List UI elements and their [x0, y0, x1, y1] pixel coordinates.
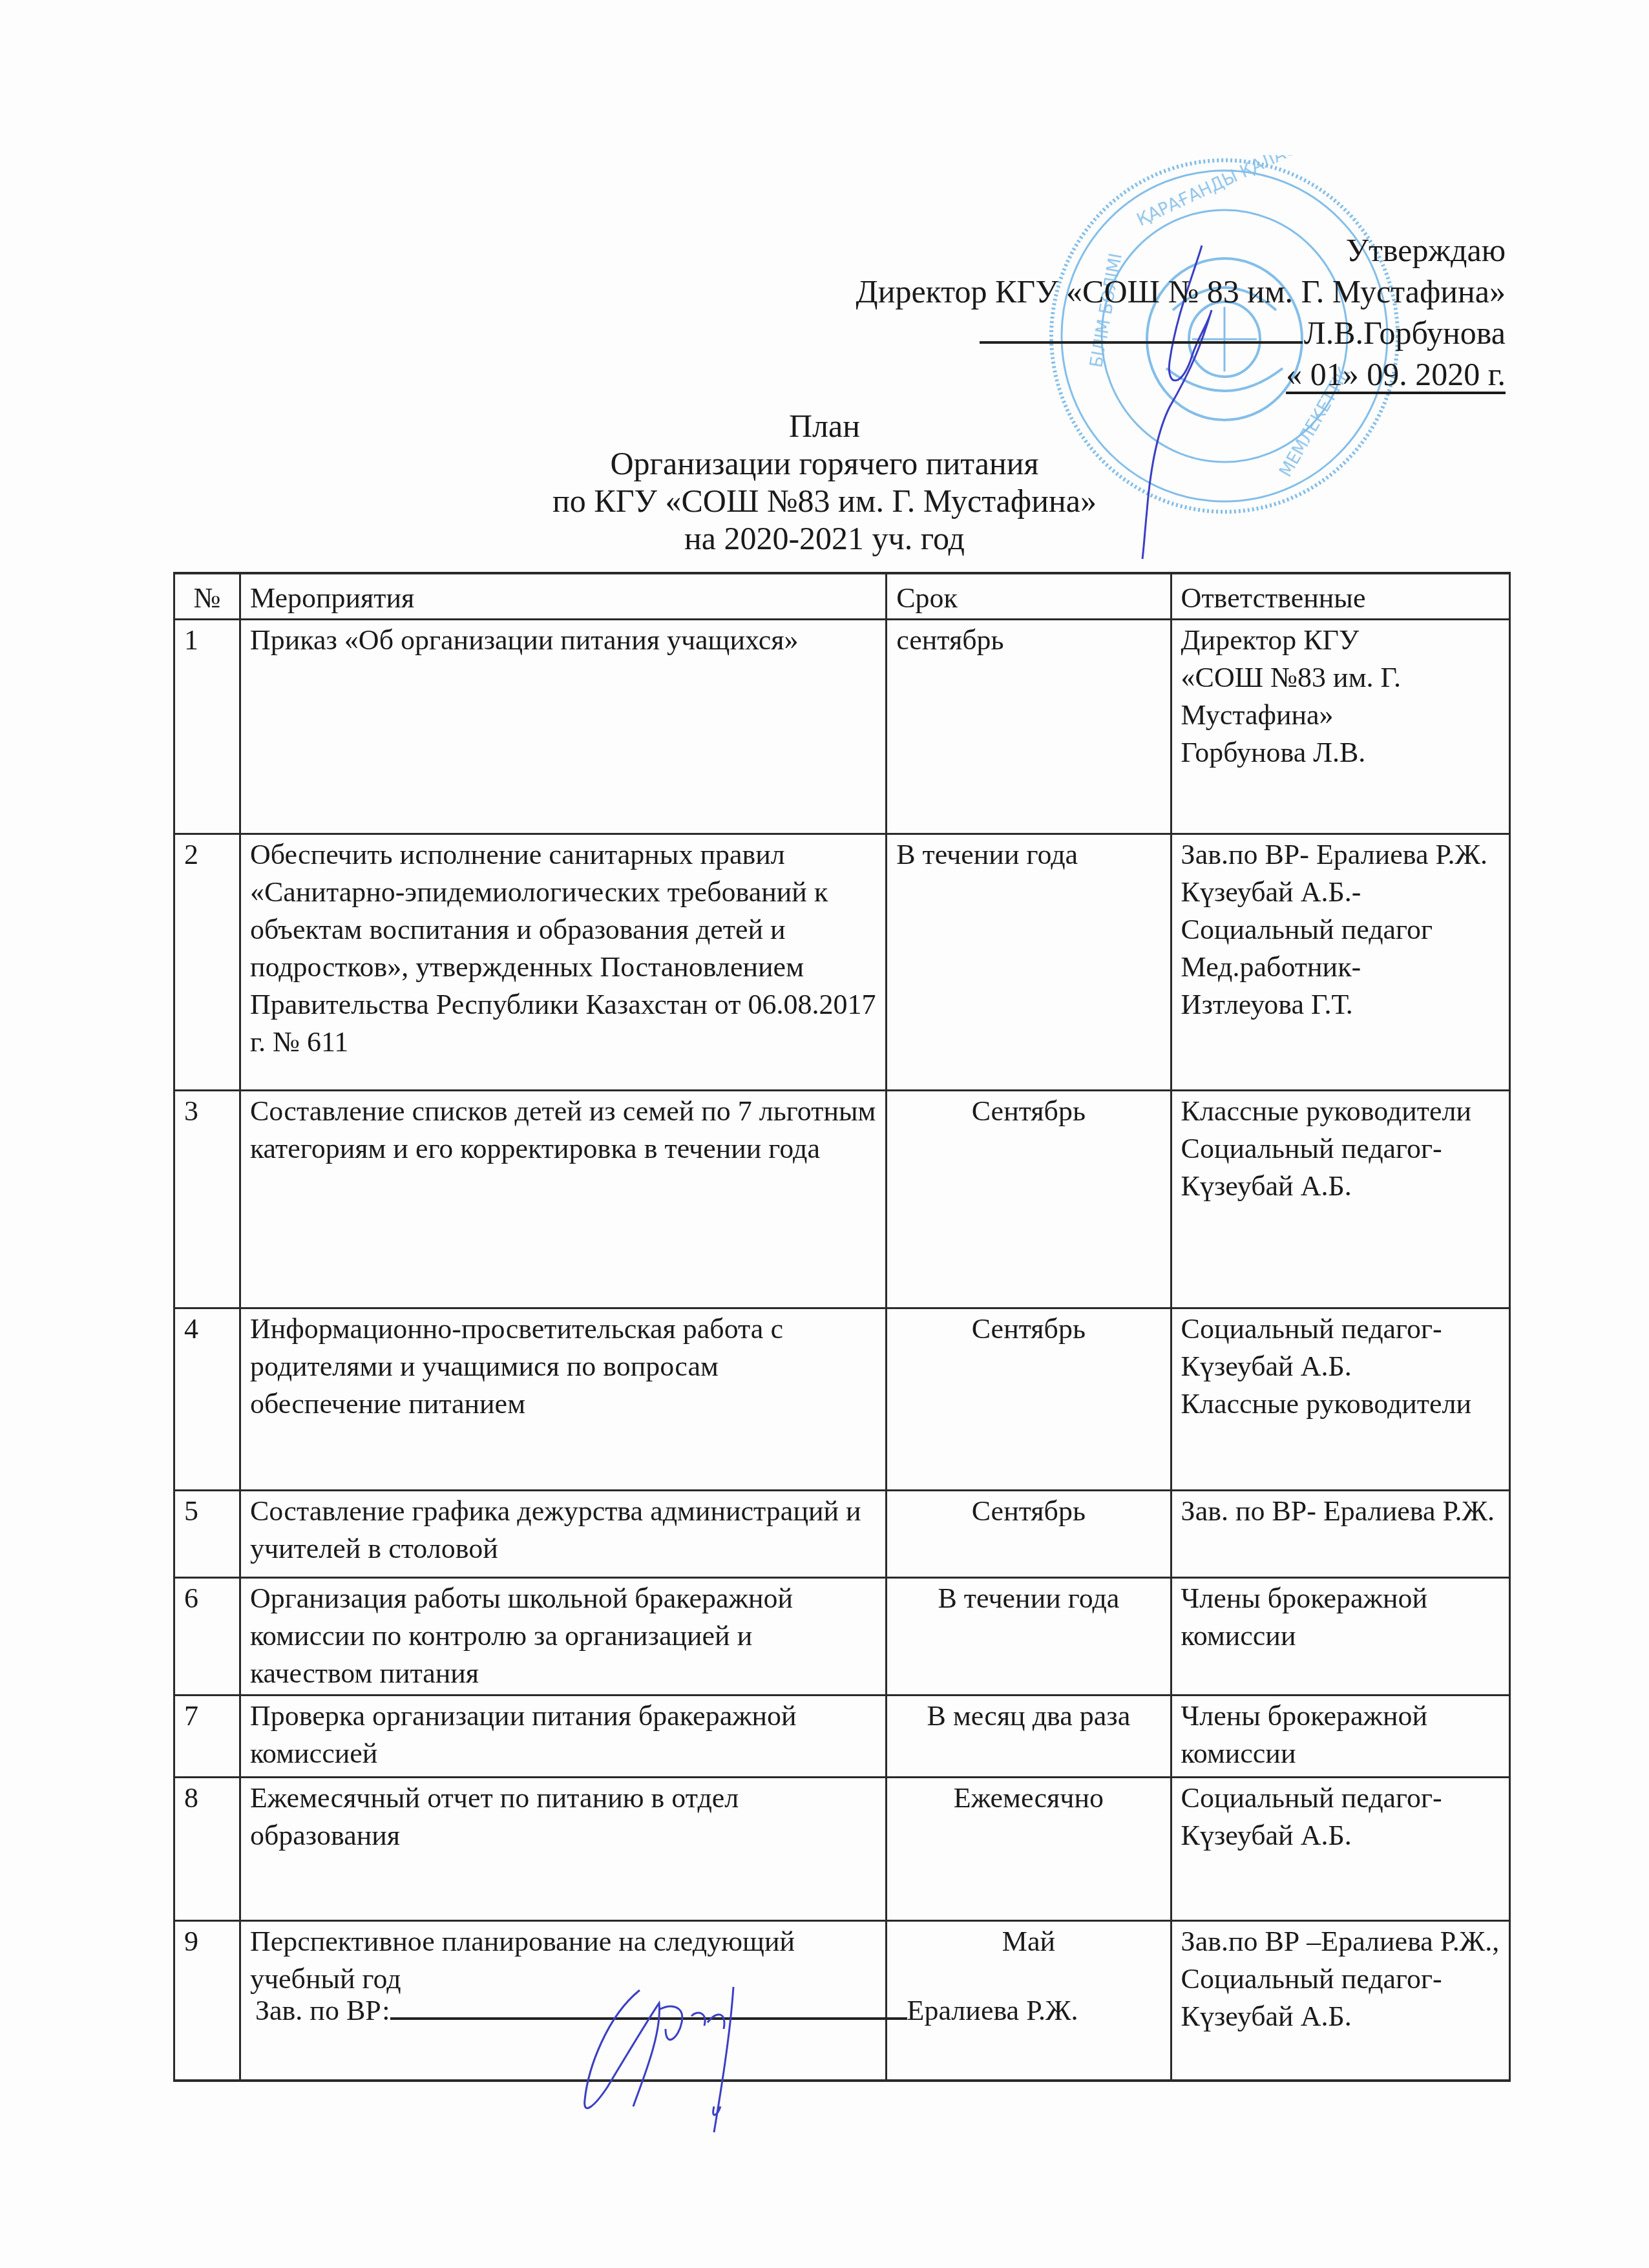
table-row: 1Приказ «Об организации питания учащихся… [174, 620, 1510, 834]
row-number: 3 [174, 1091, 240, 1308]
responsible-line: Зав. по ВР- Ералиева Р.Ж. [1181, 1493, 1500, 1530]
title-line-4: на 2020-2021 уч. год [0, 520, 1649, 557]
table-row: 7Проверка организации питания бракеражно… [174, 1696, 1510, 1778]
approval-position: Директор КГУ «СОШ № 83 им. Г. Мустафина» [856, 271, 1506, 312]
row-event: Приказ «Об организации питания учащихся» [240, 620, 886, 834]
row-event: Составление графика дежурства администра… [240, 1491, 886, 1578]
row-event: Составление списков детей из семей по 7 … [240, 1091, 886, 1308]
row-term: В течении года [887, 1578, 1171, 1696]
row-number: 5 [174, 1491, 240, 1578]
row-event: Проверка организации питания бракеражной… [240, 1696, 886, 1778]
table-row: 6Организация работы школьной бракеражной… [174, 1578, 1510, 1696]
title-line-3: по КГУ «СОШ №83 им. Г. Мустафина» [0, 482, 1649, 520]
responsible-line: Члены брокеражной комиссии [1181, 1697, 1500, 1772]
row-number: 2 [174, 834, 240, 1091]
table-row: 8Ежемесячный отчет по питанию в отдел об… [174, 1778, 1510, 1921]
row-event: Информационно-просветительская работа с … [240, 1308, 886, 1491]
row-event: Обеспечить исполнение санитарных правил … [240, 834, 886, 1091]
row-event: Ежемесячный отчет по питанию в отдел обр… [240, 1778, 886, 1921]
header-responsible: Ответственные [1171, 573, 1509, 620]
responsible-line: Зав.по ВР- Ералиева Р.Ж. [1181, 836, 1500, 874]
responsible-line: Зав.по ВР –Ералиева Р.Ж., Социальный пед… [1181, 1923, 1500, 2035]
responsible-line: Горбунова Л.В. [1181, 734, 1500, 772]
header-event: Мероприятия [240, 573, 886, 620]
row-term: Ежемесячно [887, 1778, 1171, 1921]
table-header-row: № Мероприятия Срок Ответственные [174, 573, 1510, 620]
row-term: Сентябрь [887, 1091, 1171, 1308]
title-line-1: План [0, 407, 1649, 445]
responsible-line: Социальный педагог [1181, 911, 1500, 949]
row-term: В месяц два раза [887, 1696, 1171, 1778]
header-num: № [174, 573, 240, 620]
approval-block: Утверждаю Директор КГУ «СОШ № 83 им. Г. … [856, 229, 1506, 395]
responsible-line: «СОШ №83 им. Г. [1181, 659, 1500, 697]
row-responsible: Зав.по ВР- Ералиева Р.Ж. Күзеубай А.Б.-С… [1171, 834, 1509, 1091]
svg-text:ҚАРАҒАНДЫ ҚАЛАСЫНЫҢ: ҚАРАҒАНДЫ ҚАЛАСЫНЫҢ [1134, 155, 1349, 230]
table-row: 3Составление списков детей из семей по 7… [174, 1091, 1510, 1308]
responsible-line: Классные руководители [1181, 1385, 1500, 1423]
footer-signature-line [390, 1989, 907, 2020]
approval-date: « 01» 09. 2020 г. [1286, 356, 1506, 392]
responsible-line: Күзеубай А.Б.- [1181, 874, 1500, 911]
row-term: В течении года [887, 834, 1171, 1091]
row-number: 9 [174, 1921, 240, 2081]
row-number: 6 [174, 1578, 240, 1696]
row-responsible: Члены брокеражной комиссии [1171, 1696, 1509, 1778]
approval-signature-line [980, 315, 1303, 344]
title-line-2: Организации горячего питания [0, 445, 1649, 482]
responsible-line: Директор КГУ [1181, 622, 1500, 659]
row-number: 4 [174, 1308, 240, 1491]
row-responsible: Директор КГУ«СОШ №83 им. Г.Мустафина»Гор… [1171, 620, 1509, 834]
table-row: 2Обеспечить исполнение санитарных правил… [174, 834, 1510, 1091]
row-number: 7 [174, 1696, 240, 1778]
responsible-line: Мустафина» [1181, 697, 1500, 734]
responsible-line: Члены брокеражной комиссии [1181, 1580, 1500, 1655]
responsible-line: Изтлеуова Г.Т. [1181, 986, 1500, 1024]
row-event: Организация работы школьной бракеражной … [240, 1578, 886, 1696]
responsible-line: Социальный педагог- Күзеубай А.Б. [1181, 1310, 1500, 1385]
footer-role: Зав. по ВР: [255, 1995, 390, 2026]
row-term: сентябрь [887, 620, 1171, 834]
header-term: Срок [887, 573, 1171, 620]
responsible-line: Социальный педагог- Күзеубай А.Б. [1181, 1130, 1500, 1205]
row-number: 1 [174, 620, 240, 834]
document-title: План Организации горячего питания по КГУ… [0, 407, 1649, 557]
approval-heading: Утверждаю [856, 229, 1506, 271]
row-term: Сентябрь [887, 1308, 1171, 1491]
approval-name: Л.В.Горбунова [1304, 315, 1506, 351]
responsible-line: Социальный педагог- Күзеубай А.Б. [1181, 1780, 1500, 1854]
responsible-line: Классные руководители [1181, 1093, 1500, 1130]
table-row: 5Составление графика дежурства администр… [174, 1491, 1510, 1578]
document-page: ҚАРАҒАНДЫ ҚАЛАСЫНЫҢ МЕМЛЕКЕТТІК БІЛІМ БӨ… [0, 0, 1649, 2268]
row-responsible: Зав.по ВР –Ералиева Р.Ж., Социальный пед… [1171, 1921, 1509, 2081]
row-responsible: Классные руководителиСоциальный педагог-… [1171, 1091, 1509, 1308]
responsible-line: Мед.работник- [1181, 949, 1500, 986]
plan-table: № Мероприятия Срок Ответственные 1Приказ… [173, 572, 1511, 2082]
row-responsible: Зав. по ВР- Ералиева Р.Ж. [1171, 1491, 1509, 1578]
table-row: 4Информационно-просветительская работа с… [174, 1308, 1510, 1491]
row-responsible: Социальный педагог- Күзеубай А.Б.Классны… [1171, 1308, 1509, 1491]
footer-name: Ералиева Р.Ж. [907, 1995, 1078, 2026]
row-responsible: Члены брокеражной комиссии [1171, 1578, 1509, 1696]
row-responsible: Социальный педагог- Күзеубай А.Б. [1171, 1778, 1509, 1921]
row-number: 8 [174, 1778, 240, 1921]
footer-signature-block: Зав. по ВР:Ералиева Р.Ж. [255, 1989, 1078, 2030]
row-term: Сентябрь [887, 1491, 1171, 1578]
